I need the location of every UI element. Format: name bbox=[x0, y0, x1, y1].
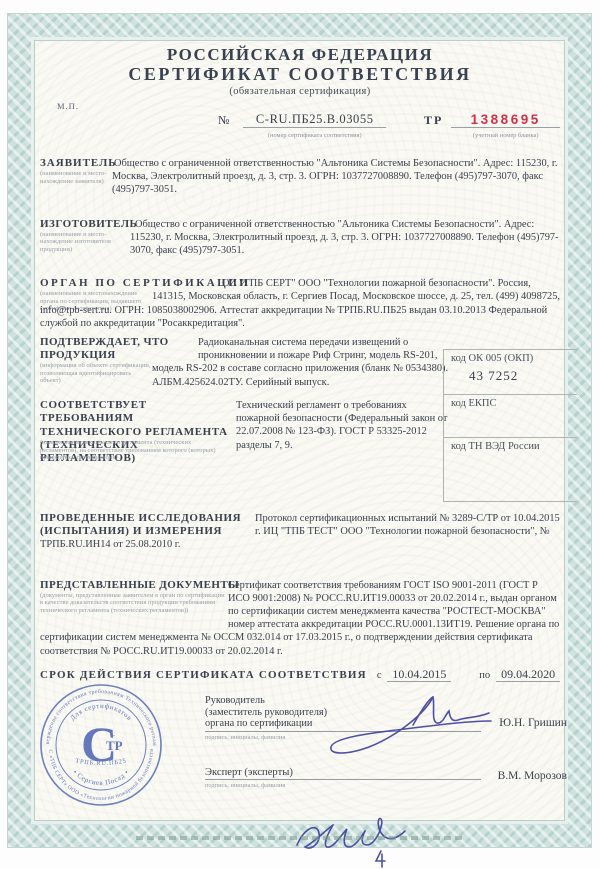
certificate-subtitle: (обязательная сертификация) bbox=[40, 85, 560, 98]
tests-label: ПРОВЕДЕННЫЕ ИССЛЕДОВАНИЯ (ИСПЫТАНИЯ) И И… bbox=[40, 512, 255, 538]
country-title: РОССИЙСКАЯ ФЕДЕРАЦИЯ bbox=[40, 48, 560, 61]
product-label-line1: ПОДТВЕРЖДАЕТ, ЧТО bbox=[40, 336, 169, 348]
stamp-place-label: М.П. bbox=[57, 101, 79, 111]
code-ekps-cell: код ЕКПС bbox=[444, 394, 577, 437]
tr-sign: ТР bbox=[424, 113, 443, 127]
section-product: ПОДТВЕРЖДАЕТ, ЧТОПРОДУКЦИЯ (информация о… bbox=[40, 336, 470, 390]
certification-body-label: ОРГАН ПО СЕРТИФИКАЦИИ bbox=[40, 277, 222, 290]
validity-to-word: по bbox=[479, 669, 490, 682]
product-label: ПОДТВЕРЖДАЕТ, ЧТОПРОДУКЦИЯ bbox=[40, 336, 198, 362]
section-manufacturer: ИЗГОТОВИТЕЛЬ (наименование и место- нахо… bbox=[40, 218, 560, 258]
head-signature-ink bbox=[317, 691, 497, 767]
round-stamp-icon: Подтверждение соответствия требованиям Т… bbox=[37, 681, 165, 809]
certification-body-sublabel: (наименование и местонахождение органа п… bbox=[40, 290, 152, 303]
code-tnved-value bbox=[451, 452, 577, 456]
expert-signature-line bbox=[205, 779, 481, 780]
code-okp-cell: код ОК 005 (ОКП) 43 7252 bbox=[444, 349, 577, 394]
blank-number-field: 1388695 (учетный номер бланка) bbox=[451, 113, 560, 142]
section-documents: ПРЕДСТАВЛЕННЫЕ ДОКУМЕНТЫ (документы, пре… bbox=[40, 579, 560, 658]
stamp-center-cross: + bbox=[110, 731, 115, 741]
validity-to-date: 09.04.2020 bbox=[496, 668, 560, 682]
code-ekps-value bbox=[451, 409, 577, 413]
number-sign: № bbox=[218, 113, 229, 127]
section-certification-body: ОРГАН ПО СЕРТИФИКАЦИИ (наименование и ме… bbox=[40, 277, 560, 330]
compliance-label: СООТВЕТСТВУЕТ ТРЕБОВАНИЯМ ТЕХНИЧЕСКОГО Р… bbox=[40, 399, 236, 439]
certificate-title: СЕРТИФИКАТ СООТВЕТСТВИЯ bbox=[40, 68, 560, 81]
manufacturer-label: ИЗГОТОВИТЕЛЬ bbox=[40, 218, 135, 231]
product-sublabel: (информация об объекте сертификации, поз… bbox=[40, 362, 152, 390]
certificate-sheet: РОССИЙСКАЯ ФЕДЕРАЦИЯ СЕРТИФИКАТ СООТВЕТС… bbox=[8, 14, 591, 847]
validity-from-date: 10.04.2015 bbox=[387, 668, 451, 682]
head-name: Ю.Н. Гришин bbox=[499, 717, 567, 729]
border-microtext bbox=[136, 836, 463, 840]
product-codes-box: код ОК 005 (ОКП) 43 7252 код ЕКПС код ТН… bbox=[443, 349, 577, 502]
product-label-line2: ПРОДУКЦИЯ bbox=[40, 349, 116, 361]
code-okp-value: 43 7252 bbox=[451, 364, 577, 384]
certificate-number-field: C-RU.ПБ25.В.03055 (номер сертификата соо… bbox=[243, 113, 386, 142]
blank-number-caption: (учетный номер бланка) bbox=[451, 129, 560, 142]
documents-label: ПРЕДСТАВЛЕННЫЕ ДОКУМЕНТЫ bbox=[40, 579, 222, 592]
expert-signature-caption: подпись, инициалы, фамилия bbox=[205, 782, 567, 789]
code-tnved-label: код ТН ВЭД России bbox=[451, 441, 577, 452]
applicant-label: ЗАЯВИТЕЛЬ bbox=[40, 157, 114, 170]
documents-sublabel: (документы, представленные заявителем в … bbox=[40, 592, 228, 631]
expert-name: В.М. Морозов bbox=[498, 770, 567, 782]
manufacturer-text: Общество с ограниченной ответственностью… bbox=[130, 219, 559, 256]
head-signature-row: Руководитель (заместитель руководителя) … bbox=[205, 695, 567, 741]
section-tests: ПРОВЕДЕННЫЕ ИССЛЕДОВАНИЯ (ИСПЫТАНИЯ) И И… bbox=[40, 512, 560, 552]
section-applicant: ЗАЯВИТЕЛЬ (наименование и место- нахожде… bbox=[40, 157, 560, 197]
code-okp-label: код ОК 005 (ОКП) bbox=[451, 353, 577, 364]
compliance-sublabel: (наименование технического регламента (т… bbox=[40, 439, 230, 463]
expert-signature-row: Эксперт (эксперты) подпись, инициалы, фа… bbox=[205, 767, 567, 790]
number-row: № C-RU.ПБ25.В.03055 (номер сертификата с… bbox=[218, 113, 560, 142]
section-compliance: СООТВЕТСТВУЕТ ТРЕБОВАНИЯМ ТЕХНИЧЕСКОГО Р… bbox=[40, 399, 448, 463]
applicant-text: Общество с ограниченной ответственностью… bbox=[112, 158, 558, 195]
certificate-number: C-RU.ПБ25.В.03055 bbox=[243, 113, 386, 128]
certificate-number-caption: (номер сертификата соответствия) bbox=[243, 129, 386, 142]
compliance-text: Технический регламент о требованиях пожа… bbox=[236, 400, 447, 451]
code-tnved-cell: код ТН ВЭД России bbox=[444, 437, 577, 502]
applicant-sublabel: (наименование и место- нахождение заявит… bbox=[40, 170, 112, 196]
manufacturer-sublabel: (наименование и место- нахождение изгото… bbox=[40, 231, 130, 257]
validity-from-word: с bbox=[377, 669, 382, 682]
validity-row: СРОК ДЕЙСТВИЯ СЕРТИФИКАТА СООТВЕТСТВИЯ с… bbox=[40, 668, 560, 682]
blank-number: 1388695 bbox=[451, 113, 560, 128]
certificate-inner-area: РОССИЙСКАЯ ФЕДЕРАЦИЯ СЕРТИФИКАТ СООТВЕТС… bbox=[34, 40, 565, 821]
signatures-block: Руководитель (заместитель руководителя) … bbox=[205, 695, 567, 789]
code-ekps-label: код ЕКПС bbox=[451, 398, 577, 409]
